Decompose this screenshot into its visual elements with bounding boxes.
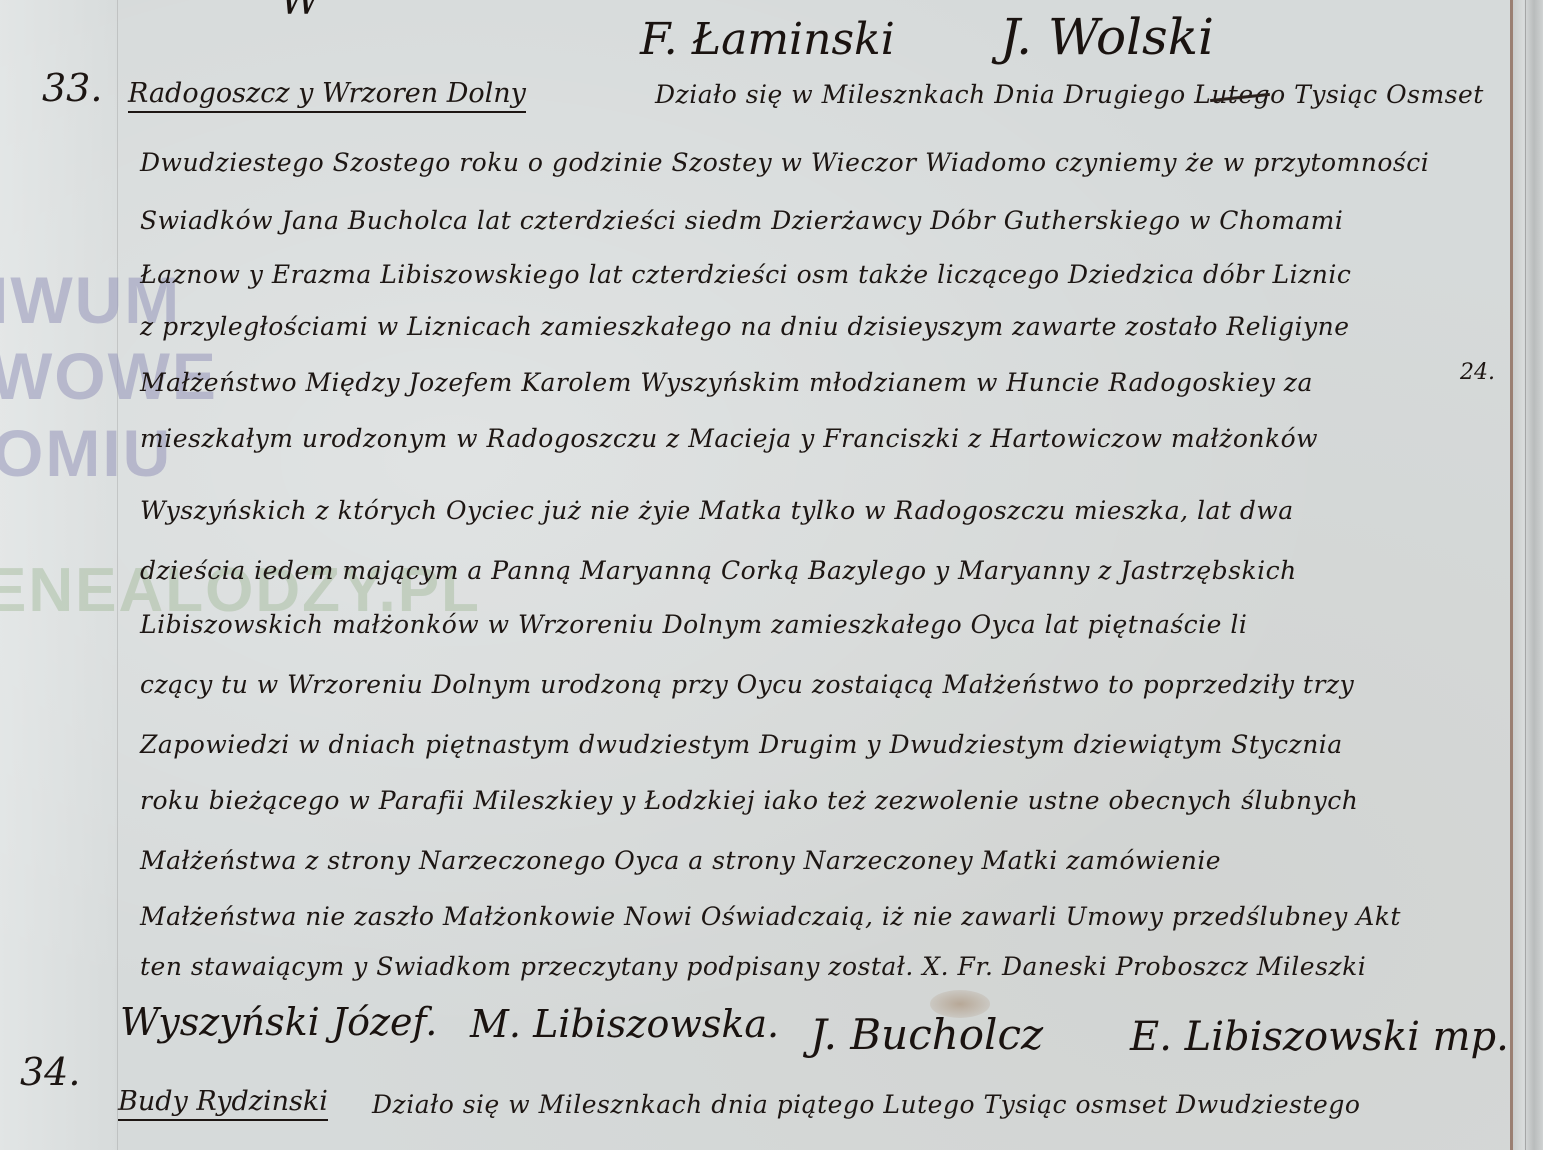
entry-34-number: 34. — [20, 1050, 80, 1094]
entry-33-line-3: Swiadków Jana Bucholca lat czterdzieści … — [140, 206, 1343, 235]
binding-line — [1525, 0, 1526, 1150]
entry-33-line-5: z przyległościami w Liznicach zamieszkał… — [140, 312, 1350, 341]
entry-33-line-8: Wyszyńskich z których Oyciec już nie żyi… — [140, 496, 1294, 525]
entry-33-line-12: Zapowiedzi w dniach piętnastym dwudziest… — [140, 730, 1343, 759]
left-margin-shade — [0, 0, 115, 1150]
entry-33-line-9: dzieścia iedem mającym a Panną Maryanną … — [140, 556, 1297, 585]
entry-33-number: 33. — [42, 66, 102, 110]
top-signature-right: J. Wolski — [1000, 8, 1214, 66]
signature-bride: M. Libiszowska. — [470, 1002, 779, 1046]
signature-witness-1: J. Bucholcz — [810, 1010, 1043, 1059]
register-page: IWUM WOWE OMIU ENEALODZY.PL W F. Łaminsk… — [0, 0, 1510, 1150]
margin-page-number: 24. — [1460, 360, 1495, 385]
entry-33-line-7: mieszkałym urodzonym w Radogoszczu z Mac… — [140, 424, 1318, 453]
entry-33-line-4: Łaznow y Erazma Libiszowskiego lat czter… — [140, 260, 1351, 289]
entry-33-line-11: czący tu w Wrzoreniu Dolnym urodzoną prz… — [140, 670, 1354, 699]
book-binding — [1513, 0, 1543, 1150]
entry-34-heading: Budy Rydzinski — [118, 1086, 328, 1121]
entry-33-line-1: Działo się w Milesznkach Dnia Drugiego L… — [655, 80, 1484, 109]
entry-33-line-15: Małżeństwa nie zaszło Małżonkowie Nowi O… — [140, 902, 1401, 931]
entry-33-line-2: Dwudziestego Szostego roku o godzinie Sz… — [140, 148, 1429, 177]
signature-witness-2: E. Libiszowski mp. — [1130, 1014, 1509, 1060]
entry-33-line-10: Libiszowskich małżonków w Wrzoreniu Doln… — [140, 610, 1247, 639]
top-signature-left: F. Łaminski — [640, 14, 895, 65]
margin-rule — [117, 0, 118, 1150]
entry-33-line-6: Małżeństwo Między Jozefem Karolem Wyszyń… — [140, 368, 1313, 397]
entry-33-line-13: roku bieżącego w Parafii Mileszkiey y Ło… — [140, 786, 1358, 815]
entry-33-line-14: Małżeństwa z strony Narzeczonego Oyca a … — [140, 846, 1221, 875]
entry-33-line-16: ten stawaiącym y Swiadkom przeczytany po… — [140, 952, 1366, 981]
signature-groom: Wyszyński Józef. — [120, 1000, 437, 1044]
top-partial-mark: W — [280, 0, 321, 24]
entry-33-heading: Radogoszcz y Wrzoren Dolny — [128, 78, 526, 113]
entry-34-line-1: Działo się w Milesznkach dnia piątego Lu… — [372, 1090, 1360, 1119]
